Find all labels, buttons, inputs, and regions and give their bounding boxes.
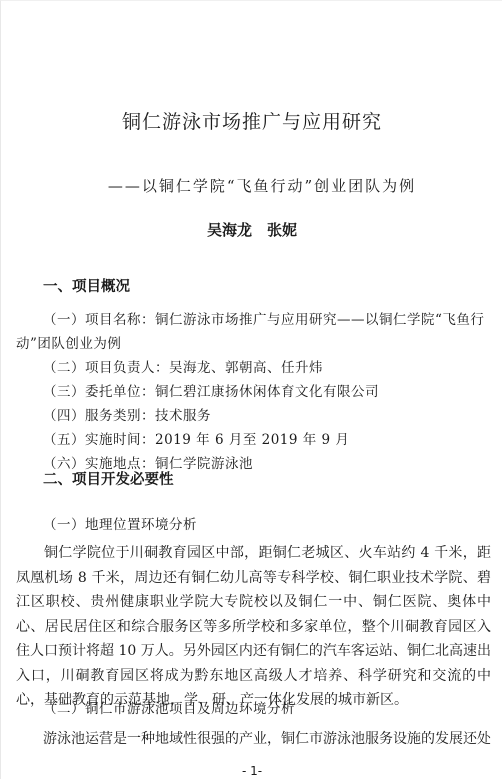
document-authors: 吴海龙 张妮 xyxy=(1,219,502,240)
section-heading-necessity-text: 二、项目开发必要性 xyxy=(43,472,174,488)
subsection-heading-pool-market: （二）铜仁市游泳池项目及周边环境分析 xyxy=(43,697,295,717)
overview-item-name-cont: 动”团队创业为例 xyxy=(16,332,121,352)
overview-item-period: （五）实施时间：2019 年 6 月至 2019 年 9 月 xyxy=(43,428,349,448)
document-page: 铜仁游泳市场推广与应用研究 ——以铜仁学院“飞鱼行动”创业团队为例 吴海龙 张妮… xyxy=(0,0,502,779)
paragraph-location-analysis: 铜仁学院位于川硐教育园区中部，距铜仁老城区、火车站约 4 千米，距凤凰机场 8 … xyxy=(16,541,491,713)
section-heading-overview: 一、项目概况 xyxy=(43,275,130,296)
overview-item-name: （一）项目名称：铜仁游泳市场推广与应用研究——以铜仁学院“飞鱼行 xyxy=(43,308,484,328)
section-heading-necessity: 二、项目开发必要性 xyxy=(43,468,174,489)
paragraph-pool-market-start: 游泳池运营是一种地域性很强的产业，铜仁市游泳池服务设施的发展还处 xyxy=(43,728,491,748)
subsection-heading-location: （一）地理位置环境分析 xyxy=(43,513,197,533)
overview-item-leader: （二）项目负责人：吴海龙、郭朝高、任升炜 xyxy=(43,356,323,376)
document-subtitle: ——以铜仁学院“飞鱼行动”创业团队为例 xyxy=(1,175,502,196)
overview-item-client: （三）委托单位：铜仁碧江康扬休闲体育文化有限公司 xyxy=(43,380,379,400)
document-title: 铜仁游泳市场推广与应用研究 xyxy=(1,107,502,134)
overview-item-service-type: （四）服务类别：技术服务 xyxy=(43,404,211,424)
page-number: - 1- xyxy=(1,764,502,778)
